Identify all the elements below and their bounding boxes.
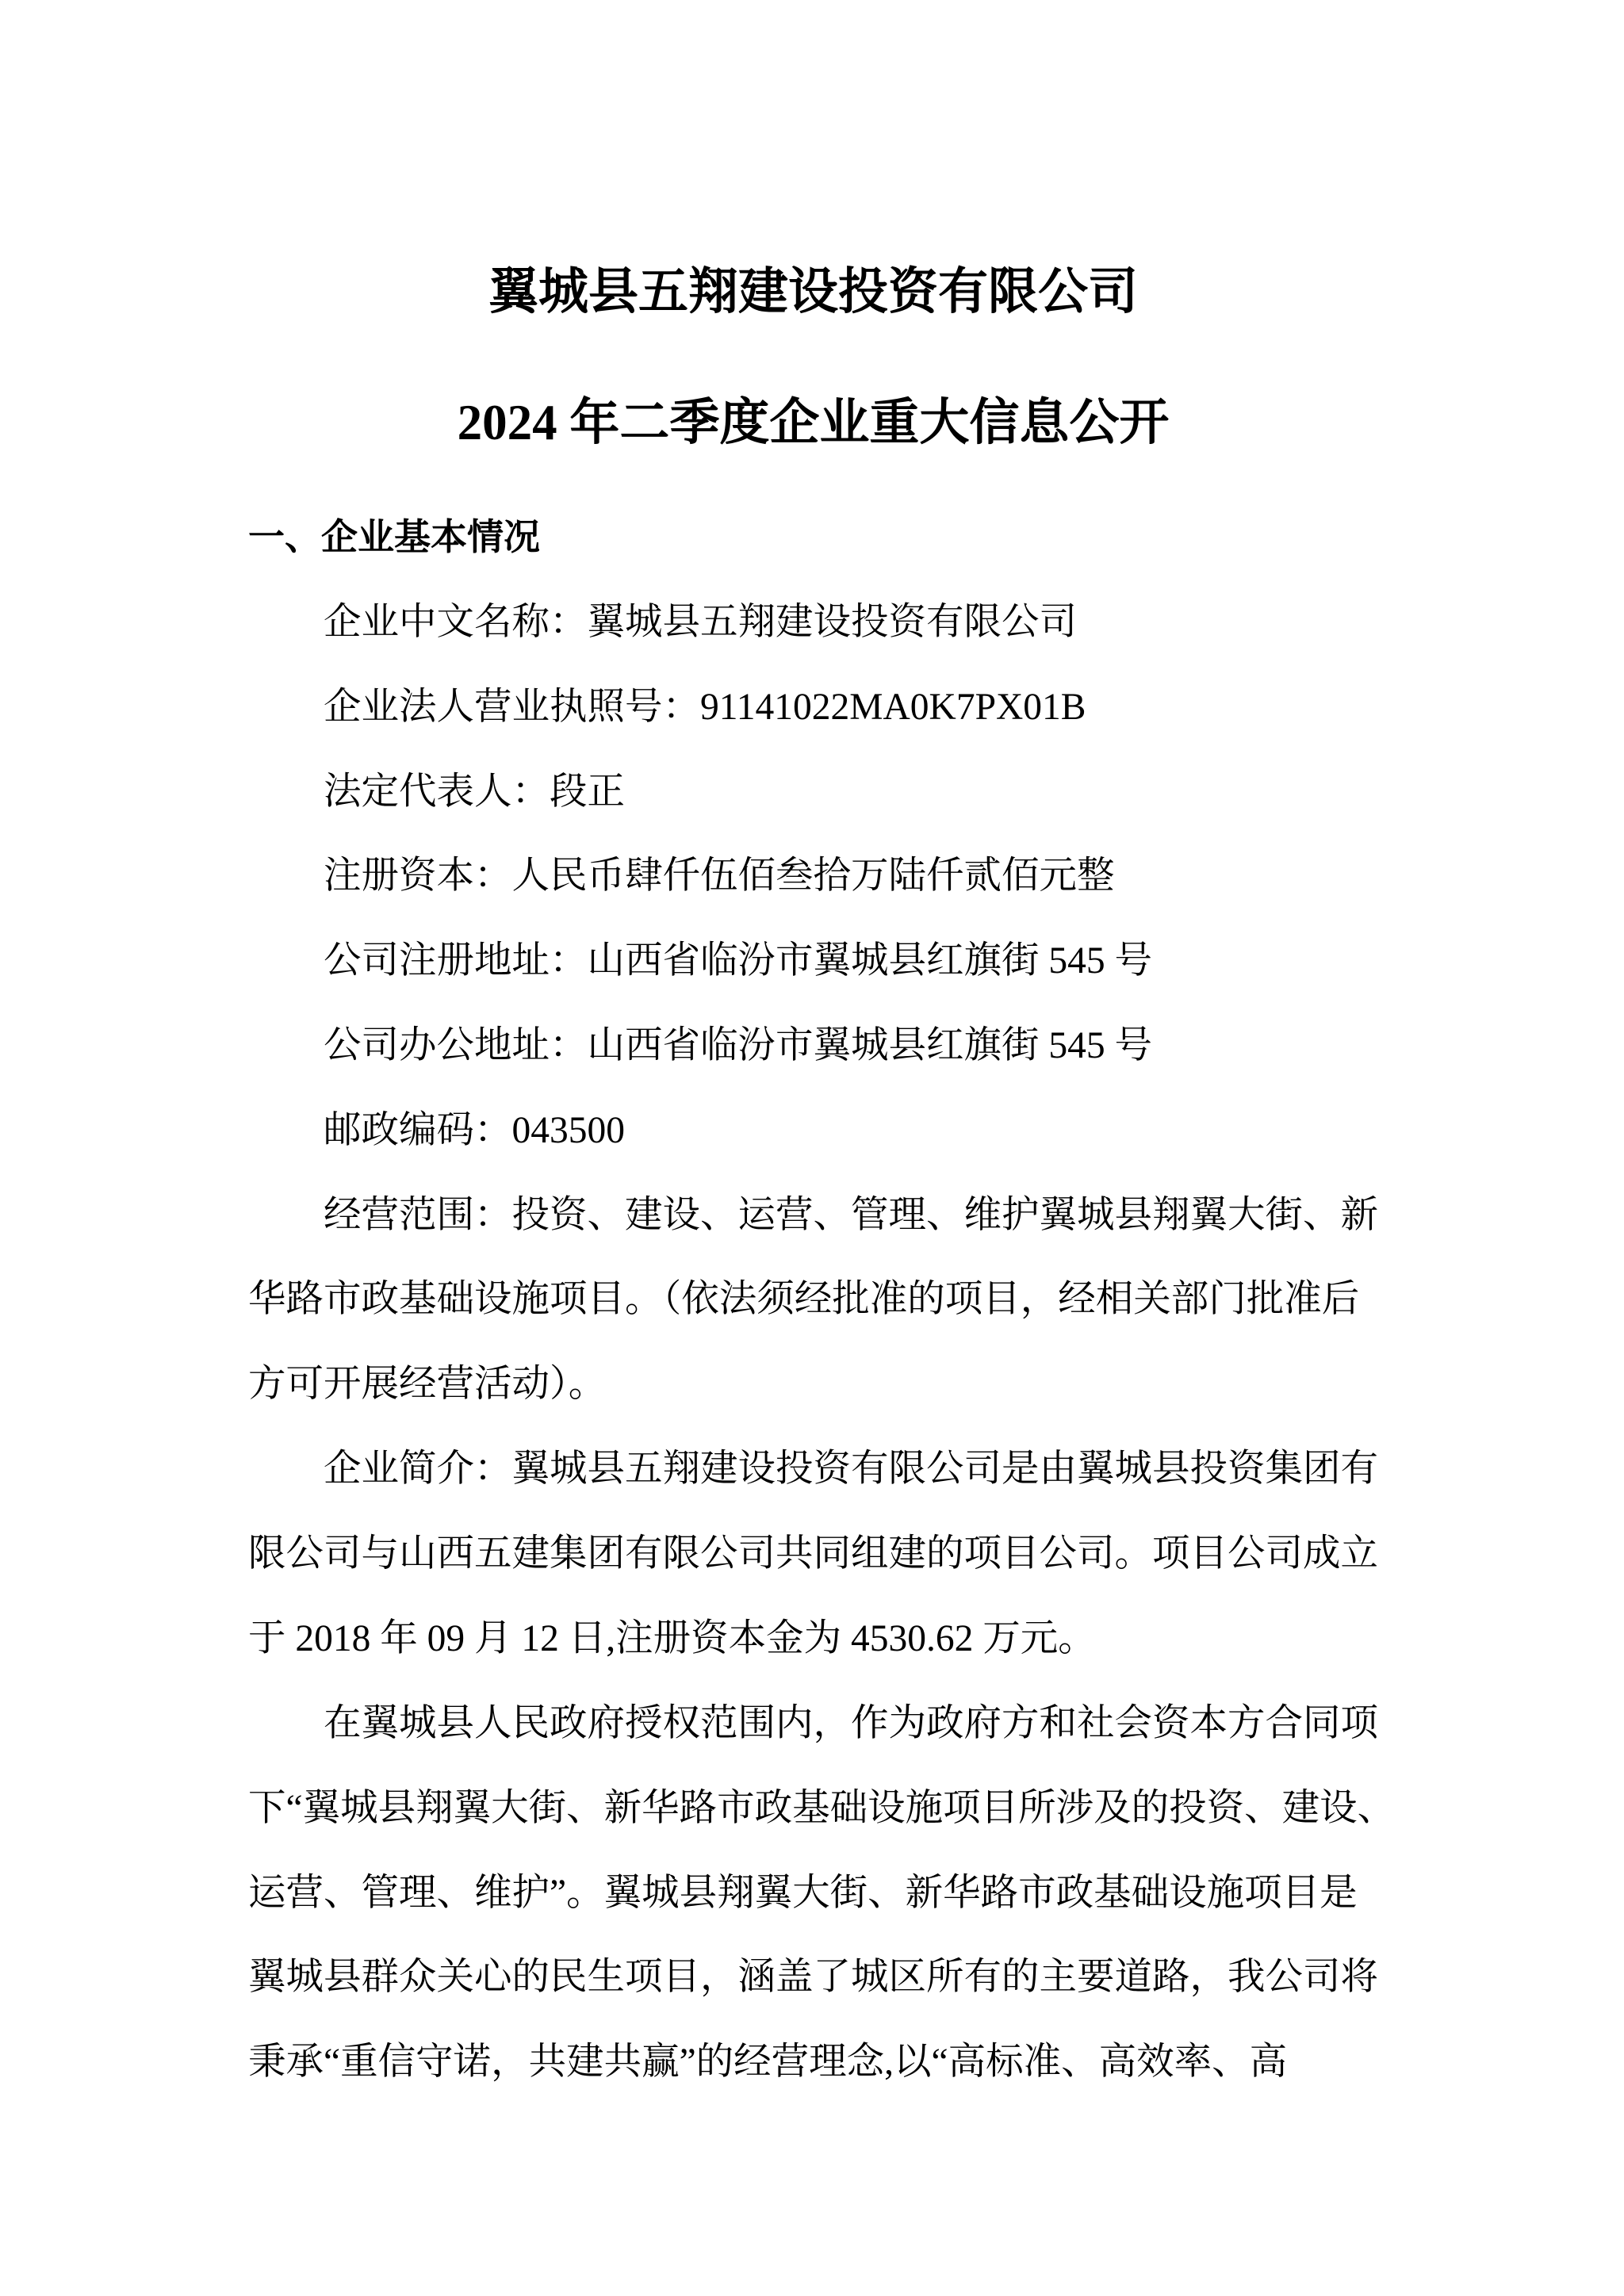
body-line: 秉承“重信守诺，共建共赢”的经营理念,以“高标准、高效率、高 [248,2020,1287,2104]
body-line: 邮政编码：043500 [248,1089,625,1173]
body-line: 下“翼城县翔翼大街、新华路市政基础设施项目所涉及的投资、建设、 [248,1766,1395,1850]
body-line: 注册资本：人民币肆仟伍佰叁拾万陆仟贰佰元整 [248,834,1115,918]
body-line: 方可开展经营活动）。 [248,1342,606,1426]
body-line: 于 2018 年 09 月 12 日,注册资本金为 4530.62 万元。 [248,1597,1096,1681]
body-line: 在翼城县人民政府授权范围内，作为政府方和社会资本方合同项 [248,1682,1378,1766]
body-line: 法定代表人：段正 [248,750,625,834]
body-line: 经营范围：投资、建设、运营、管理、维护翼城县翔翼大街、新 [248,1173,1378,1257]
document-page: 翼城县五翔建设投资有限公司 2024 年二季度企业重大信息公开 一、企业基本情况… [0,0,1624,2296]
body-line: 企业中文名称：翼城县五翔建设投资有限公司 [248,580,1077,664]
document-title-line1: 翼城县五翔建设投资有限公司 [248,250,1378,334]
body-line: 运营、管理、维护”。翼城县翔翼大街、新华路市政基础设施项目是 [248,1851,1358,1935]
body-line: 翼城县群众关心的民生项目，涵盖了城区所有的主要道路，我公司将 [248,1935,1378,2019]
section-heading: 一、企业基本情况 [248,496,540,580]
body-line: 企业简介：翼城县五翔建设投资有限公司是由翼城县投资集团有 [248,1427,1378,1511]
body-line: 公司办公地址：山西省临汾市翼城县红旗街 545 号 [248,1004,1152,1088]
body-line: 企业法人营业执照号：91141022MA0K7PX01B [248,665,1086,749]
body-line: 限公司与山西五建集团有限公司共同组建的项目公司。项目公司成立 [248,1512,1378,1596]
body-line: 公司注册地址：山西省临汾市翼城县红旗街 545 号 [248,919,1152,1003]
document-title-line2: 2024 年二季度企业重大信息公开 [248,381,1378,465]
body-line: 华路市政基础设施项目。（依法须经批准的项目，经相关部门批准后 [248,1257,1359,1341]
